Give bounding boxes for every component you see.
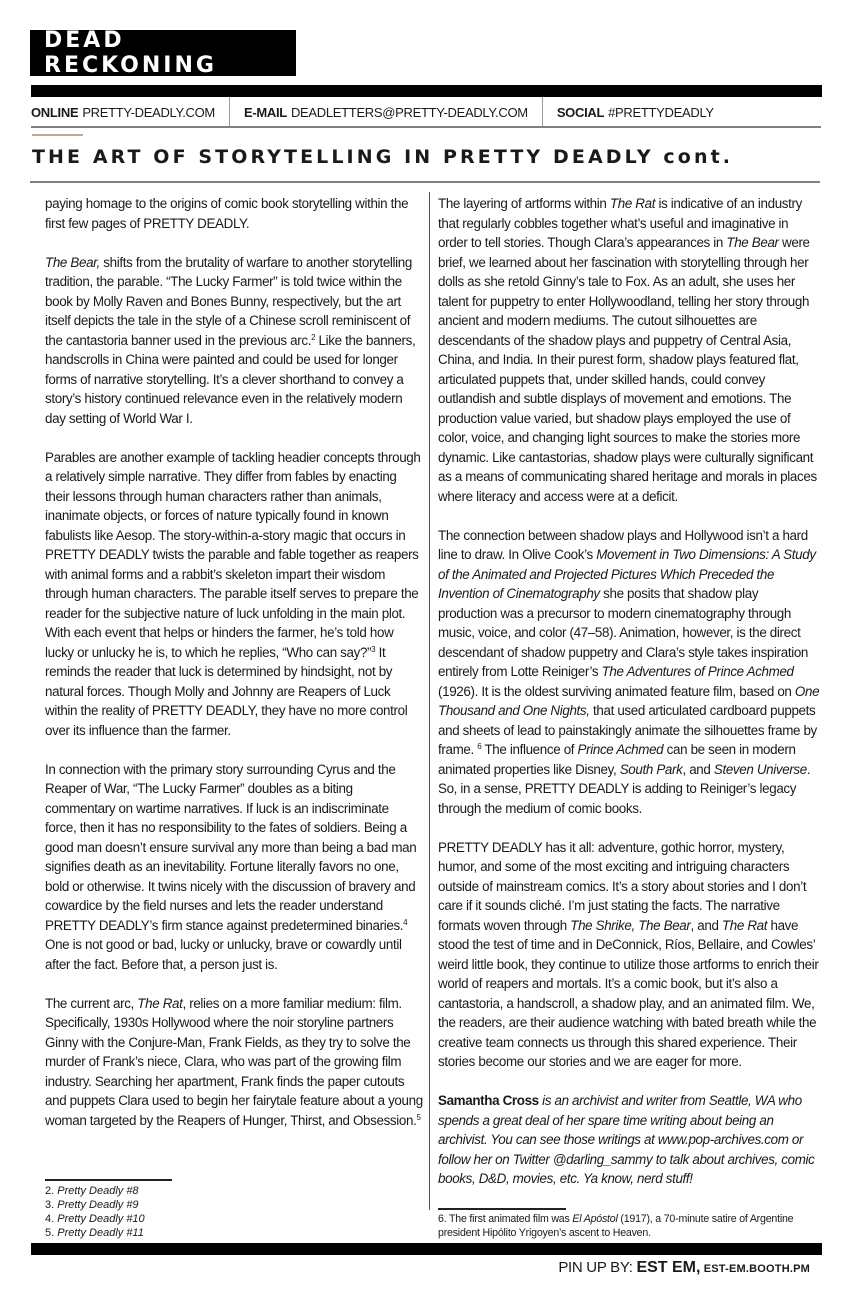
text: have stood the test of time and in DeCon… bbox=[438, 918, 818, 1070]
footnote-text: Pretty Deadly #8 bbox=[57, 1185, 138, 1197]
footnote-number: 5. bbox=[45, 1227, 57, 1239]
footnote-text: Pretty Deadly #10 bbox=[57, 1213, 144, 1225]
paragraph: paying homage to the origins of comic bo… bbox=[45, 194, 423, 233]
text: The influence of bbox=[481, 742, 577, 757]
text: The current arc, bbox=[45, 996, 137, 1011]
paragraph: The connection between shadow plays and … bbox=[438, 526, 820, 819]
italic-title: The Bear, bbox=[45, 255, 100, 270]
contact-label: SOCIAL bbox=[557, 105, 604, 120]
social-hashtag[interactable]: #PRETTYDEADLY bbox=[608, 105, 714, 120]
footnote-number: 3. bbox=[45, 1199, 57, 1211]
accent-rule bbox=[32, 134, 83, 136]
column-divider bbox=[429, 192, 430, 1210]
paragraph: The current arc, The Rat, relies on a mo… bbox=[45, 994, 423, 1131]
footnote-rule bbox=[45, 1179, 172, 1181]
italic-title: Prince Achmed bbox=[578, 742, 664, 757]
contact-online: ONLINE PRETTY-DEADLY.COM bbox=[31, 97, 229, 127]
text: , relies on a more familiar medium: film… bbox=[45, 996, 423, 1128]
masthead-title: DEAD RECKONING bbox=[44, 28, 296, 78]
credit-prefix: PIN UP BY: bbox=[558, 1259, 636, 1276]
footnote-text: 6. The first animated film was bbox=[438, 1213, 572, 1225]
italic-title: The Rat bbox=[137, 996, 182, 1011]
divider bbox=[30, 181, 820, 183]
italic-title: Steven Universe bbox=[714, 762, 807, 777]
footnote-text: Pretty Deadly #11 bbox=[57, 1227, 144, 1239]
online-link[interactable]: PRETTY-DEADLY.COM bbox=[82, 105, 215, 120]
top-bar bbox=[31, 85, 822, 97]
paragraph: The Bear, shifts from the brutality of w… bbox=[45, 253, 423, 429]
contact-label: ONLINE bbox=[31, 105, 78, 120]
text: were brief, we learned about her fascina… bbox=[438, 235, 817, 504]
text: Parables are another example of tackling… bbox=[45, 450, 421, 660]
footnote: 4. Pretty Deadly #10 bbox=[45, 1212, 145, 1226]
text: One is not good or bad, lucky or unlucky… bbox=[45, 937, 402, 972]
author-name: Samantha Cross bbox=[438, 1093, 539, 1108]
italic-title: The Rat bbox=[610, 196, 655, 211]
masthead: DEAD RECKONING bbox=[30, 30, 296, 76]
footnote: 3. Pretty Deadly #9 bbox=[45, 1198, 145, 1212]
artist-name: EST EM, bbox=[636, 1259, 700, 1276]
italic-title: The Adventures of Prince Achmed bbox=[602, 664, 794, 679]
italic-title: The Bear bbox=[726, 235, 778, 250]
footnote-ref: 5 bbox=[416, 1113, 420, 1122]
footnote-rule bbox=[438, 1208, 566, 1210]
footnote-text: Pretty Deadly #9 bbox=[57, 1199, 138, 1211]
footnote-number: 4. bbox=[45, 1213, 57, 1225]
footnote-number: 2. bbox=[45, 1185, 57, 1197]
footnotes-left: 2. Pretty Deadly #8 3. Pretty Deadly #9 … bbox=[45, 1184, 145, 1240]
article-title: THE ART OF STORYTELLING IN PRETTY DEADLY… bbox=[32, 146, 733, 168]
author-bio: Samantha Cross is an archivist and write… bbox=[438, 1091, 820, 1189]
italic-title: The Shrike, The Bear bbox=[570, 918, 690, 933]
text: The layering of artforms within bbox=[438, 196, 610, 211]
text: In connection with the primary story sur… bbox=[45, 762, 416, 933]
text: , and bbox=[682, 762, 713, 777]
contact-label: E-MAIL bbox=[244, 105, 287, 120]
italic-title: El Apóstol bbox=[572, 1213, 617, 1225]
pin-up-credit: PIN UP BY: EST EM, EST-EM.BOOTH.PM bbox=[558, 1259, 810, 1277]
paragraph: PRETTY DEADLY has it all: adventure, got… bbox=[438, 838, 820, 1072]
contact-row: ONLINE PRETTY-DEADLY.COM E-MAIL DEADLETT… bbox=[31, 97, 822, 127]
paragraph: The layering of artforms within The Rat … bbox=[438, 194, 820, 506]
bottom-bar bbox=[31, 1243, 822, 1255]
text: (1926). It is the oldest surviving anima… bbox=[438, 684, 795, 699]
left-column: paying homage to the origins of comic bo… bbox=[45, 194, 423, 1150]
footnote: 5. Pretty Deadly #11 bbox=[45, 1226, 145, 1240]
italic-title: The Rat bbox=[722, 918, 767, 933]
text: , and bbox=[691, 918, 722, 933]
paragraph: Parables are another example of tackling… bbox=[45, 448, 423, 741]
paragraph: In connection with the primary story sur… bbox=[45, 760, 423, 975]
email-link[interactable]: DEADLETTERS@PRETTY-DEADLY.COM bbox=[291, 105, 528, 120]
footnote: 2. Pretty Deadly #8 bbox=[45, 1184, 145, 1198]
contact-email: E-MAIL DEADLETTERS@PRETTY-DEADLY.COM bbox=[229, 97, 542, 127]
divider bbox=[31, 126, 821, 128]
artist-site[interactable]: EST-EM.BOOTH.PM bbox=[700, 1263, 810, 1275]
footnote-ref: 4 bbox=[403, 918, 407, 927]
contact-social: SOCIAL #PRETTYDEADLY bbox=[542, 97, 728, 127]
right-column: The layering of artforms within The Rat … bbox=[438, 194, 820, 1208]
italic-title: South Park bbox=[620, 762, 683, 777]
footnote: 6. The first animated film was El Apósto… bbox=[438, 1212, 823, 1240]
